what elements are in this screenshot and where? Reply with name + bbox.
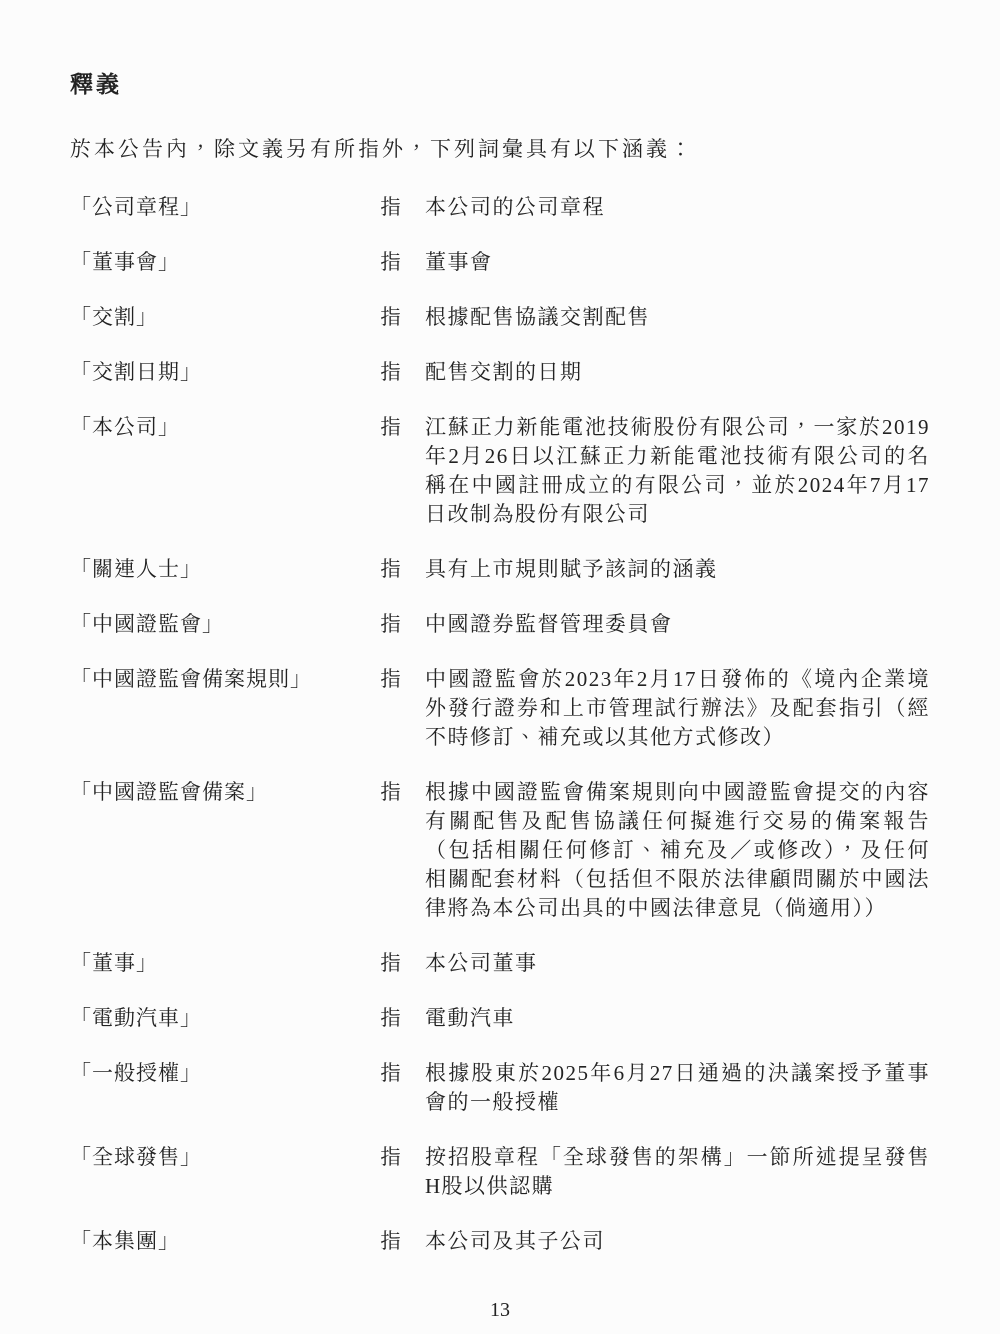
- definition-indicator: 指: [380, 413, 425, 529]
- definition-indicator: 指: [380, 610, 425, 639]
- definition-indicator: 指: [380, 1004, 425, 1033]
- definition-row: 「本公司」 指 江蘇正力新能電池技術股份有限公司，一家於2019年2月26日以江…: [70, 413, 930, 529]
- definition-indicator: 指: [380, 248, 425, 277]
- definition-term: 「董事會」: [70, 248, 380, 277]
- definition-text: 根據配售協議交割配售: [425, 303, 930, 332]
- definition-row: 「中國證監會」 指 中國證券監督管理委員會: [70, 610, 930, 639]
- page-title: 釋義: [70, 70, 930, 100]
- definition-row: 「一般授權」 指 根據股東於2025年6月27日通過的決議案授予董事會的一般授權: [70, 1059, 930, 1117]
- definition-term: 「電動汽車」: [70, 1004, 380, 1033]
- definition-indicator: 指: [380, 555, 425, 584]
- definition-row: 「董事」 指 本公司董事: [70, 949, 930, 978]
- intro-text: 於本公告內，除文義另有所指外，下列詞彙具有以下涵義：: [70, 135, 930, 164]
- definition-text: 配售交割的日期: [425, 358, 930, 387]
- definition-indicator: 指: [380, 1227, 425, 1256]
- definition-row: 「公司章程」 指 本公司的公司章程: [70, 193, 930, 222]
- definitions-list: 「公司章程」 指 本公司的公司章程 「董事會」 指 董事會 「交割」 指 根據配…: [70, 193, 930, 1256]
- document-page: 釋義 於本公告內，除文義另有所指外，下列詞彙具有以下涵義： 「公司章程」 指 本…: [0, 0, 1000, 1334]
- definition-term: 「關連人士」: [70, 555, 380, 584]
- definition-term: 「中國證監會備案規則」: [70, 665, 380, 752]
- definition-term: 「中國證監會」: [70, 610, 380, 639]
- definition-row: 「交割」 指 根據配售協議交割配售: [70, 303, 930, 332]
- definition-text: 本公司的公司章程: [425, 193, 930, 222]
- definition-text: 中國證券監督管理委員會: [425, 610, 930, 639]
- definition-row: 「中國證監會備案規則」 指 中國證監會於2023年2月17日發佈的《境內企業境外…: [70, 665, 930, 752]
- definition-indicator: 指: [380, 303, 425, 332]
- definition-term: 「本公司」: [70, 413, 380, 529]
- definition-indicator: 指: [380, 193, 425, 222]
- definition-term: 「一般授權」: [70, 1059, 380, 1117]
- definition-term: 「本集團」: [70, 1227, 380, 1256]
- definition-row: 「中國證監會備案」 指 根據中國證監會備案規則向中國證監會提交的內容有關配售及配…: [70, 778, 930, 923]
- definition-term: 「交割日期」: [70, 358, 380, 387]
- definition-indicator: 指: [380, 1059, 425, 1117]
- definition-row: 「本集團」 指 本公司及其子公司: [70, 1227, 930, 1256]
- definition-term: 「公司章程」: [70, 193, 380, 222]
- definition-term: 「交割」: [70, 303, 380, 332]
- definition-text: 本公司董事: [425, 949, 930, 978]
- definition-term: 「董事」: [70, 949, 380, 978]
- definition-text: 中國證監會於2023年2月17日發佈的《境內企業境外發行證券和上市管理試行辦法》…: [425, 665, 930, 752]
- definition-term: 「中國證監會備案」: [70, 778, 380, 923]
- definition-text: 電動汽車: [425, 1004, 930, 1033]
- definition-text: 本公司及其子公司: [425, 1227, 930, 1256]
- definition-indicator: 指: [380, 358, 425, 387]
- definition-row: 「電動汽車」 指 電動汽車: [70, 1004, 930, 1033]
- definition-term: 「全球發售」: [70, 1143, 380, 1201]
- definition-text: 董事會: [425, 248, 930, 277]
- definition-text: 根據股東於2025年6月27日通過的決議案授予董事會的一般授權: [425, 1059, 930, 1117]
- definition-row: 「董事會」 指 董事會: [70, 248, 930, 277]
- page-content: 釋義 於本公告內，除文義另有所指外，下列詞彙具有以下涵義： 「公司章程」 指 本…: [70, 70, 930, 1282]
- definition-indicator: 指: [380, 949, 425, 978]
- definition-text: 按招股章程「全球發售的架構」一節所述提呈發售H股以供認購: [425, 1143, 930, 1201]
- definition-row: 「關連人士」 指 具有上市規則賦予該詞的涵義: [70, 555, 930, 584]
- definition-row: 「交割日期」 指 配售交割的日期: [70, 358, 930, 387]
- definition-indicator: 指: [380, 778, 425, 923]
- definition-indicator: 指: [380, 1143, 425, 1201]
- definition-text: 根據中國證監會備案規則向中國證監會提交的內容有關配售及配售協議任何擬進行交易的備…: [425, 778, 930, 923]
- definition-text: 具有上市規則賦予該詞的涵義: [425, 555, 930, 584]
- definition-text: 江蘇正力新能電池技術股份有限公司，一家於2019年2月26日以江蘇正力新能電池技…: [425, 413, 930, 529]
- definition-row: 「全球發售」 指 按招股章程「全球發售的架構」一節所述提呈發售H股以供認購: [70, 1143, 930, 1201]
- definition-indicator: 指: [380, 665, 425, 752]
- page-number: 13: [0, 1298, 1000, 1322]
